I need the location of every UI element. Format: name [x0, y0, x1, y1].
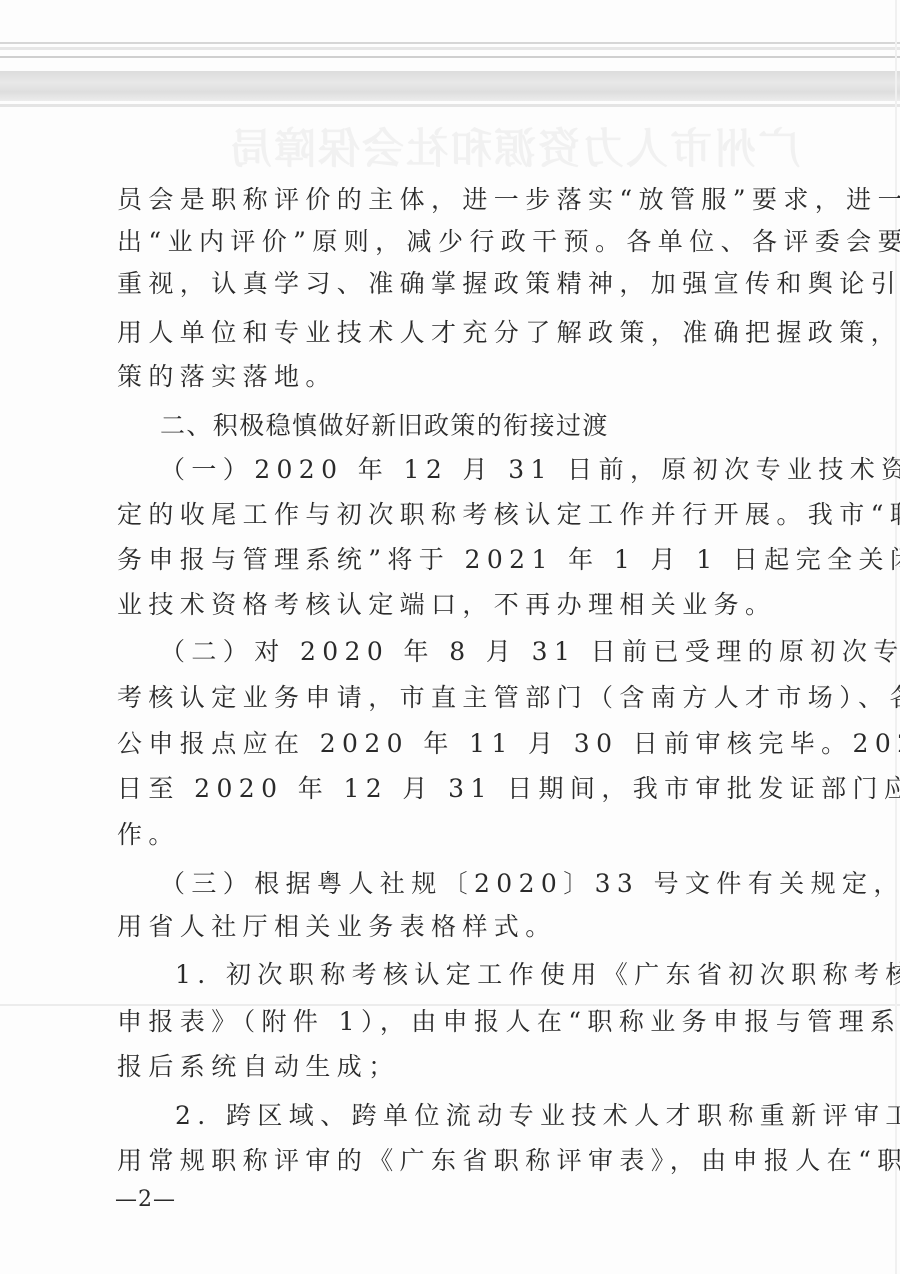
- body-line: 业技术资格考核认定端口，不再办理相关业务。: [117, 585, 787, 625]
- body-line: 用人单位和专业技术人才充分了解政策，准确把握政策，抓好政: [117, 313, 787, 353]
- scan-band-top: [0, 71, 900, 101]
- body-line: 用常规职称评审的《广东省职称评审表》，由申报人在“职称业: [117, 1141, 787, 1181]
- scan-band-top: [0, 104, 900, 107]
- body-line: 考核认定业务申请，市直主管部门（含南方人才市场）、各区非: [117, 678, 787, 718]
- body-line: （一）2020 年 12 月 31 日前，原初次专业技术资格考核认: [160, 450, 770, 490]
- body-line: 作。: [117, 815, 787, 855]
- body-line: （三）根据粤人社规〔2020〕33 号文件有关规定，我市启: [160, 864, 770, 904]
- body-line: 重视，认真学习、准确掌握政策精神，加强宣传和舆论引导，让: [117, 264, 787, 304]
- body-line: （二）对 2020 年 8 月 31 日前已受理的原初次专业技术资格: [160, 632, 770, 672]
- body-line: 定的收尾工作与初次职称考核认定工作并行开展。我市“职称业: [117, 495, 787, 535]
- body-line: 日至 2020 年 12 月 31 日期间，我市审批发证部门应完成办证工: [117, 769, 787, 809]
- body-line: 员会是职称评价的主体，进一步落实“放管服”要求，进一步突: [117, 180, 787, 220]
- section-heading: 二、积极稳慎做好新旧政策的衔接过渡: [160, 406, 770, 446]
- body-line: 策的落实落地。: [117, 357, 787, 397]
- list-item: 2. 跨区域、跨单位流动专业技术人才职称重新评审工作使: [175, 1096, 785, 1136]
- scan-band-top: [0, 42, 900, 44]
- bleed-through-header: 广州市人力资源和社会保障局: [120, 116, 800, 168]
- body-line: 出“业内评价”原则，减少行政干预。各单位、各评委会要高度: [117, 222, 787, 262]
- body-line: 公申报点应在 2020 年 11 月 30 日前审核完毕。2020 年 12 月…: [117, 724, 787, 764]
- body-line: 务申报与管理系统”将于 2021 年 1 月 1 日起完全关闭原初次专: [117, 540, 787, 580]
- scan-band-top: [0, 56, 900, 58]
- list-item: 1. 初次职称考核认定工作使用《广东省初次职称考核认定: [175, 955, 785, 995]
- scan-band-top: [0, 47, 900, 50]
- body-line: 申报表》（附件 1），由申报人在“职称业务申报与管理系统”填: [117, 1002, 787, 1042]
- body-line: 用省人社厅相关业务表格样式。: [117, 907, 787, 947]
- body-line: 报后系统自动生成；: [117, 1047, 787, 1087]
- page-number: —2—: [115, 1186, 176, 1214]
